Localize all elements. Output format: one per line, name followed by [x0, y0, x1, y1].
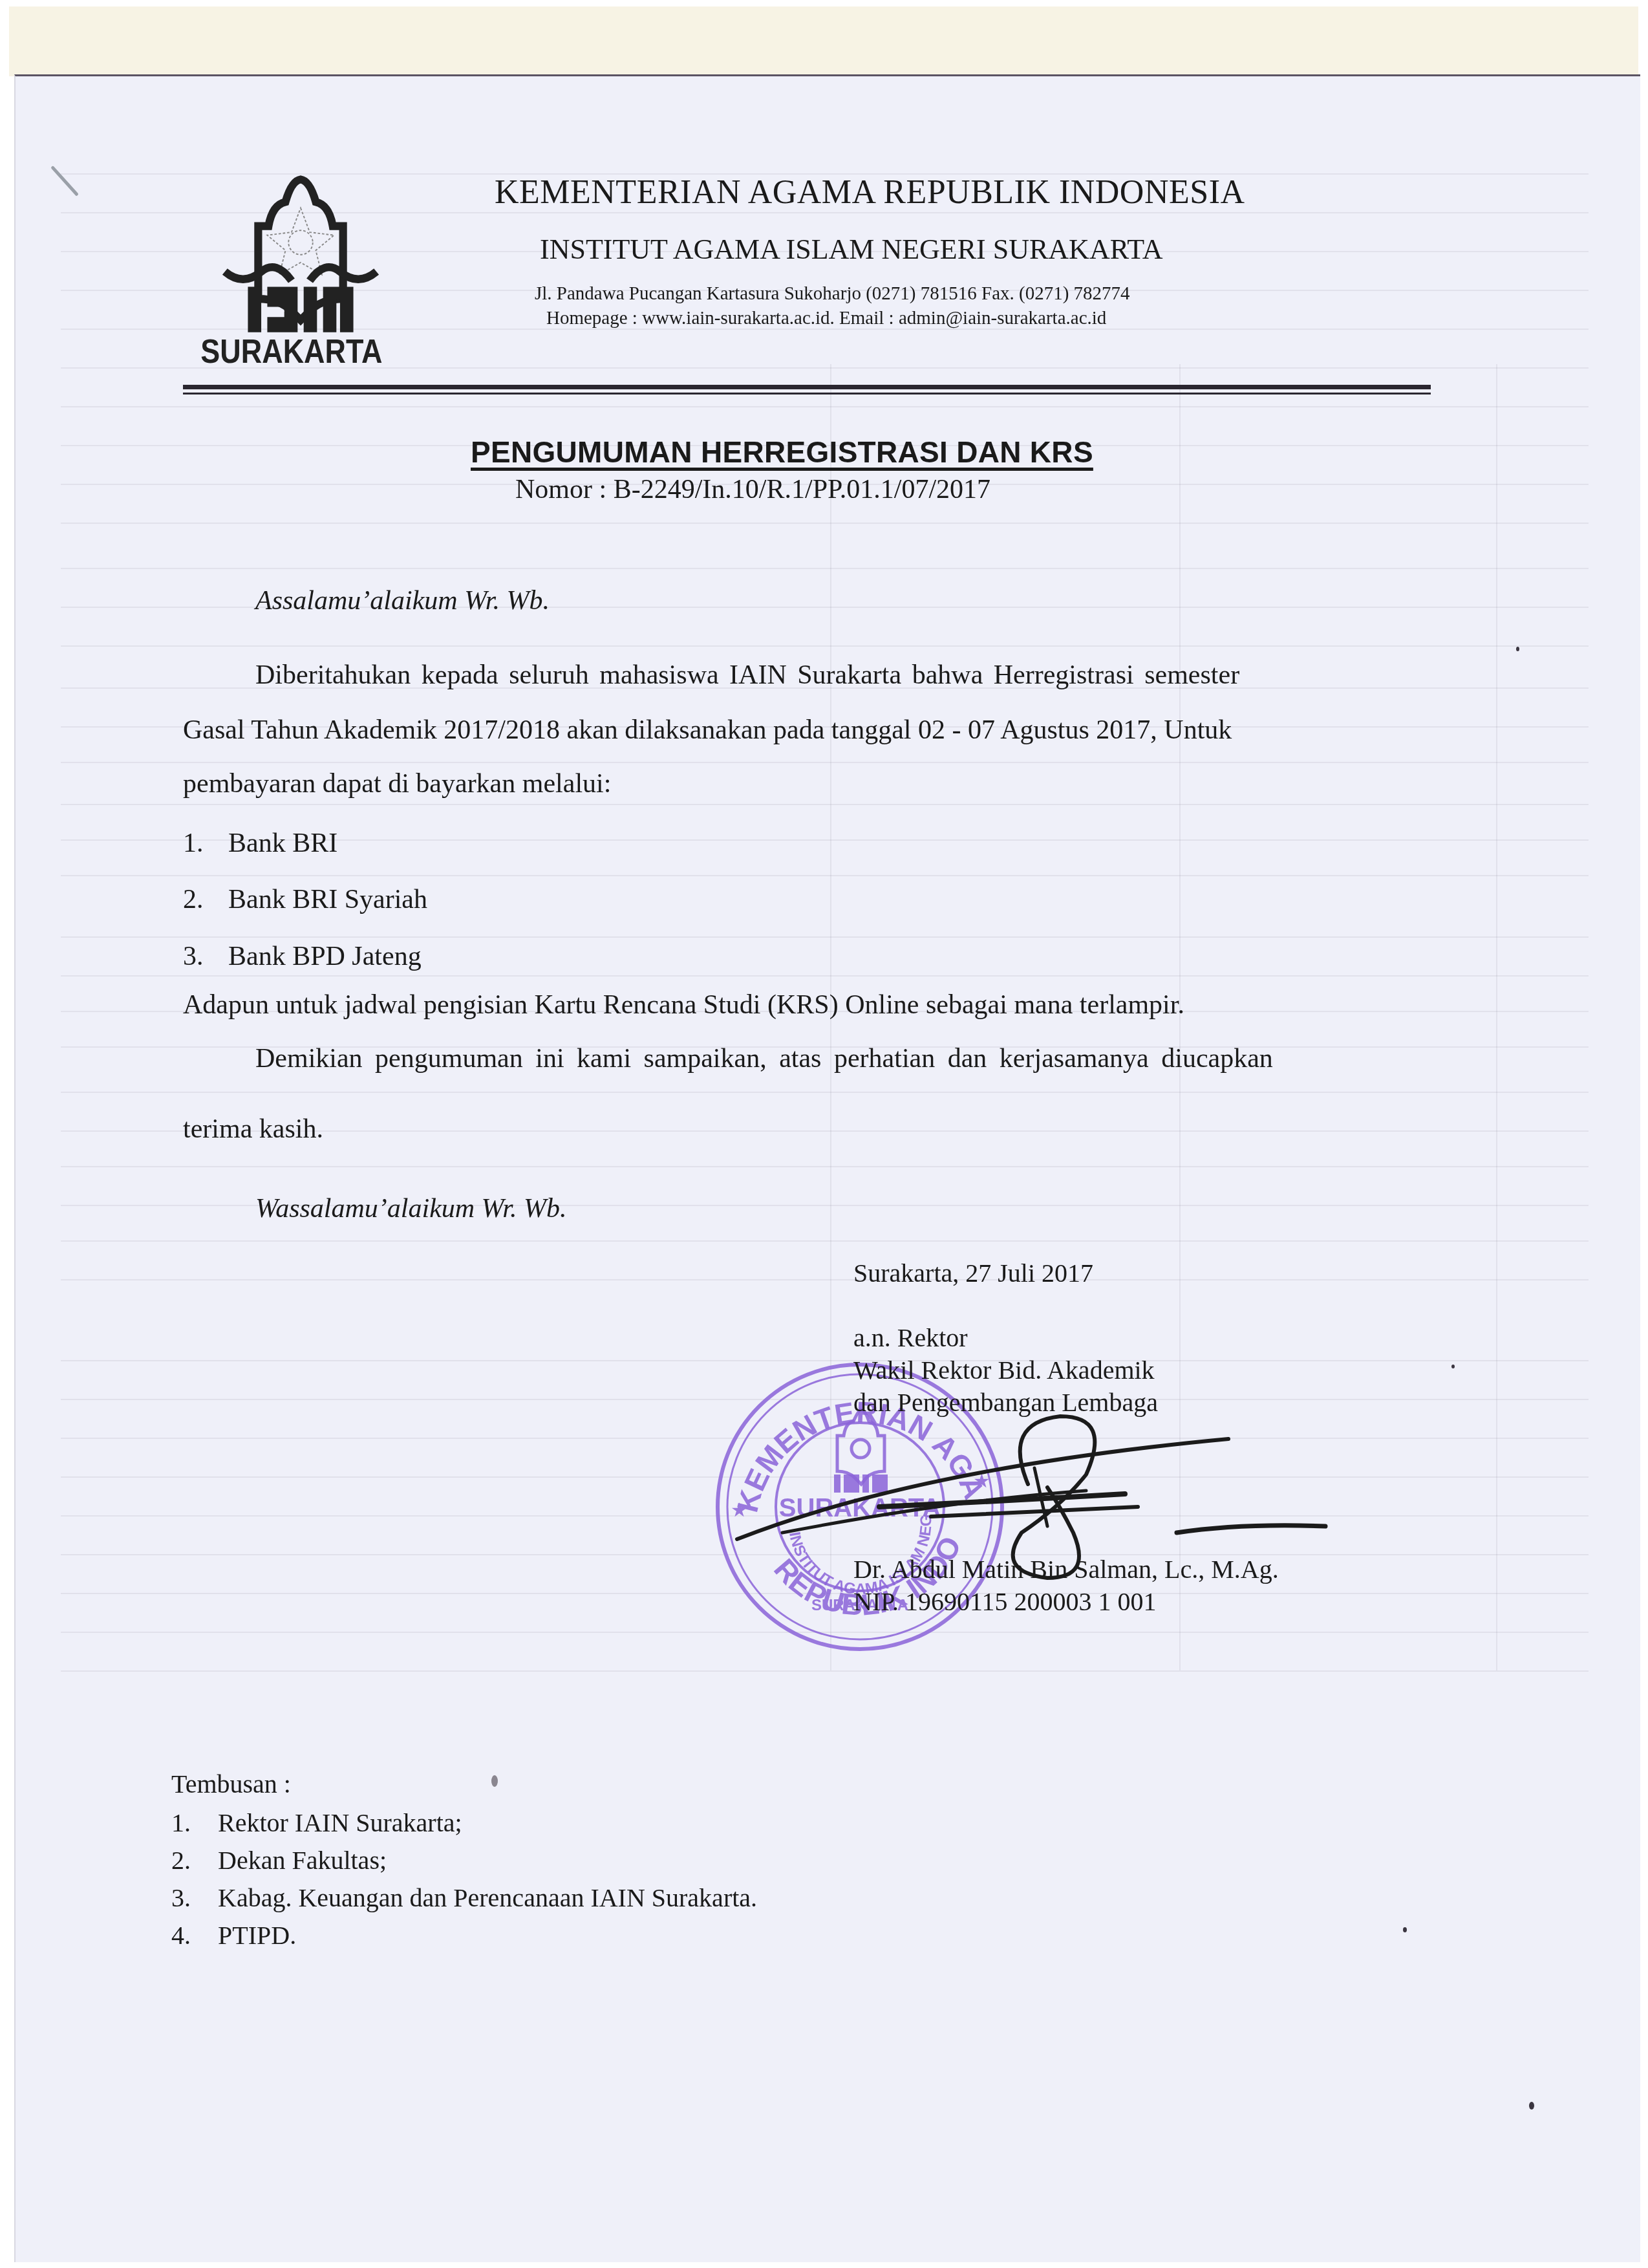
bank-name: Bank BPD Jateng [228, 942, 422, 971]
bank-list-item: 2.Bank BRI Syariah [183, 884, 427, 915]
list-number: 3. [183, 941, 228, 972]
list-number: 1. [183, 828, 228, 859]
bank-name: Bank BRI Syariah [228, 885, 427, 914]
signatory-name: Dr. Abdul Matin Bin Salman, Lc., M.Ag. [853, 1554, 1279, 1584]
scan-speck [1403, 1927, 1407, 1932]
paragraph-3-line-1: Demikian pengumuman ini kami sampaikan, … [255, 1043, 1273, 1074]
institute-name: INSTITUT AGAMA ISLAM NEGERI SURAKARTA [540, 233, 1163, 266]
signatory-nip: NIP. 19690115 200003 1 001 [853, 1586, 1157, 1617]
cc-title: Tembusan : [171, 1769, 291, 1799]
letterhead-rule-thick [183, 385, 1431, 389]
signatory-role-line-1: Wakil Rektor Bid. Akademik [853, 1355, 1155, 1385]
cc-list-item: 2.Dekan Fakultas; [171, 1845, 387, 1875]
list-number: 3. [171, 1883, 218, 1913]
document-title: PENGUMUMAN HERREGISTRASI DAN KRS [471, 435, 1093, 470]
bank-list-item: 3.Bank BPD Jateng [183, 941, 422, 972]
bank-name: Bank BRI [228, 828, 337, 858]
document-number: Nomor : B-2249/In.10/R.1/PP.01.1/07/2017 [515, 474, 990, 505]
list-number: 2. [183, 884, 228, 915]
list-number: 2. [171, 1845, 218, 1875]
cc-recipient: Dekan Fakultas; [218, 1846, 387, 1875]
greeting: Assalamu’alaikum Wr. Wb. [255, 585, 550, 616]
paragraph-1-line-3: pembayaran dapat di bayarkan melalui: [183, 768, 611, 799]
paragraph-2: Adapun untuk jadwal pengisian Kartu Renc… [183, 989, 1184, 1021]
institute-address: Jl. Pandawa Pucangan Kartasura Sukoharjo… [535, 283, 1130, 305]
paragraph-3-line-2: terima kasih. [183, 1114, 323, 1145]
scan-speck [491, 1775, 498, 1787]
closing-greeting: Wassalamu’alaikum Wr. Wb. [255, 1193, 566, 1224]
cc-list-item: 3.Kabag. Keuangan dan Perencanaan IAIN S… [171, 1883, 757, 1913]
list-number: 1. [171, 1808, 218, 1838]
letterhead-rule-thin [183, 393, 1431, 394]
iain-logo-icon: SURAKARTA [197, 175, 404, 369]
scan-background-margin [9, 6, 1638, 76]
cc-recipient: Rektor IAIN Surakarta; [218, 1808, 462, 1837]
cc-recipient: PTIPD. [218, 1921, 296, 1950]
bank-list-item: 1.Bank BRI [183, 828, 337, 859]
paragraph-1-line-1: Diberitahukan kepada seluruh mahasiswa I… [255, 660, 1239, 691]
paragraph-1-line-2: Gasal Tahun Akademik 2017/2018 akan dila… [183, 715, 1232, 746]
signatory-role-line-2: dan Pengembangan Lembaga [853, 1387, 1158, 1418]
scan-speck [1516, 647, 1519, 651]
list-number: 4. [171, 1920, 218, 1950]
scan-speck [1529, 2102, 1534, 2110]
cc-recipient: Kabag. Keuangan dan Perencanaan IAIN Sur… [218, 1883, 757, 1912]
signature-place-date: Surakarta, 27 Juli 2017 [853, 1258, 1093, 1288]
institute-contact: Homepage : www.iain-surakarta.ac.id. Ema… [546, 308, 1106, 329]
signature-on-behalf: a.n. Rektor [853, 1323, 968, 1353]
ministry-name: KEMENTERIAN AGAMA REPUBLIK INDONESIA [495, 173, 1245, 211]
svg-text:SURAKARTA: SURAKARTA [200, 332, 382, 369]
cc-list-item: 4.PTIPD. [171, 1920, 296, 1950]
cc-list-item: 1.Rektor IAIN Surakarta; [171, 1808, 462, 1838]
scan-speck [1451, 1365, 1455, 1368]
